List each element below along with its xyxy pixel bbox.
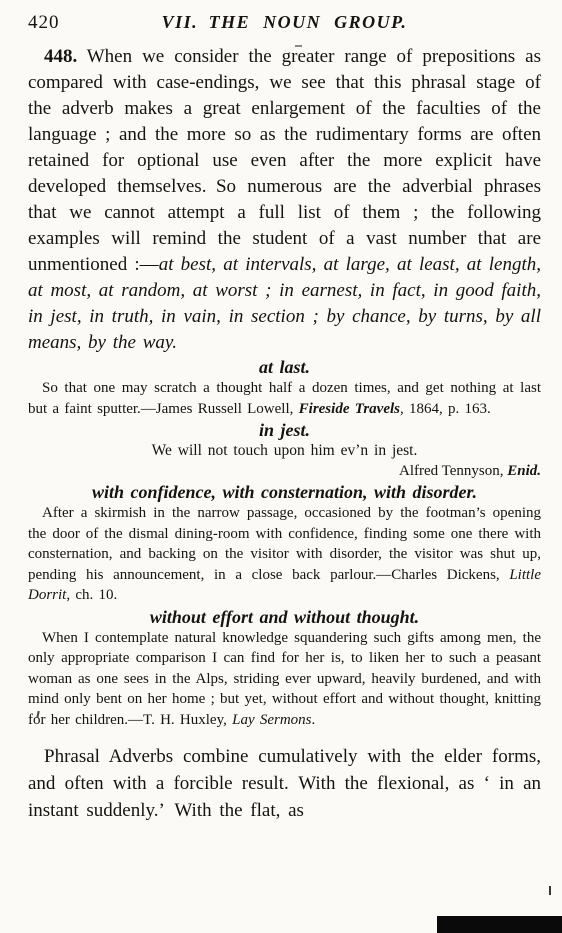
scanned-book-page: { "colors": { "paper": "#fbfaf7", "ink":… bbox=[0, 0, 562, 933]
text-segment: , ch. 10. bbox=[66, 587, 117, 603]
text-segment: Enid. bbox=[507, 463, 541, 479]
text-segment: Alfred Tennyson, bbox=[399, 463, 507, 479]
attribution-tennyson: Alfred Tennyson, Enid. bbox=[28, 461, 541, 481]
page-content: 448. When we consider the greater range … bbox=[28, 44, 541, 824]
text-segment: Lay Sermons bbox=[232, 712, 311, 728]
running-title: VII. THE NOUN GROUP. bbox=[28, 10, 541, 33]
text-segment: After a skirmish in the narrow passage, … bbox=[28, 505, 541, 583]
paragraph-phrasal-adverbs: Phrasal Adverbs combine cumulatively wit… bbox=[28, 743, 541, 824]
quote-lowell: So that one may scratch a thought half a… bbox=[28, 378, 541, 419]
text-segment: in jest. bbox=[259, 420, 310, 440]
book-page: 420 VII. THE NOUN GROUP. 448. When we co… bbox=[28, 10, 541, 824]
heading-at-last: at last. bbox=[28, 356, 541, 378]
text-segment: Phrasal Adverbs combine cumulatively wit… bbox=[28, 746, 541, 821]
heading-without-effort: without effort and without thought. bbox=[28, 606, 541, 628]
page-header: 420 VII. THE NOUN GROUP. bbox=[28, 10, 541, 44]
scan-artifact-dash bbox=[295, 45, 302, 47]
text-segment: with confidence, with consternation, wit… bbox=[92, 482, 477, 502]
text-segment: 448. bbox=[44, 46, 87, 67]
page-number: 420 bbox=[28, 12, 60, 34]
text-segment: without effort and without thought. bbox=[150, 607, 419, 627]
text-segment: Fireside Travels bbox=[299, 401, 400, 417]
text-segment: We will not touch upon him ev’n in jest. bbox=[152, 442, 418, 459]
heading-in-jest: in jest. bbox=[28, 419, 541, 441]
scan-artifact-tick-right bbox=[549, 886, 551, 895]
quote-dickens: After a skirmish in the narrow passage, … bbox=[28, 503, 541, 606]
scan-artifact-black-bar bbox=[437, 916, 562, 933]
paragraph-448: 448. When we consider the greater range … bbox=[28, 44, 541, 356]
quote-huxley: When I contemplate natural knowledge squ… bbox=[28, 628, 541, 731]
text-segment: . bbox=[312, 712, 316, 728]
text-segment: at last. bbox=[259, 357, 310, 377]
heading-with-confidence: with confidence, with consternation, wit… bbox=[28, 481, 541, 503]
text-segment: When we consider the greater range of pr… bbox=[28, 46, 541, 275]
text-segment: , 1864, p. 163. bbox=[400, 401, 491, 417]
verse-tennyson: We will not touch upon him ev’n in jest. bbox=[28, 441, 541, 461]
